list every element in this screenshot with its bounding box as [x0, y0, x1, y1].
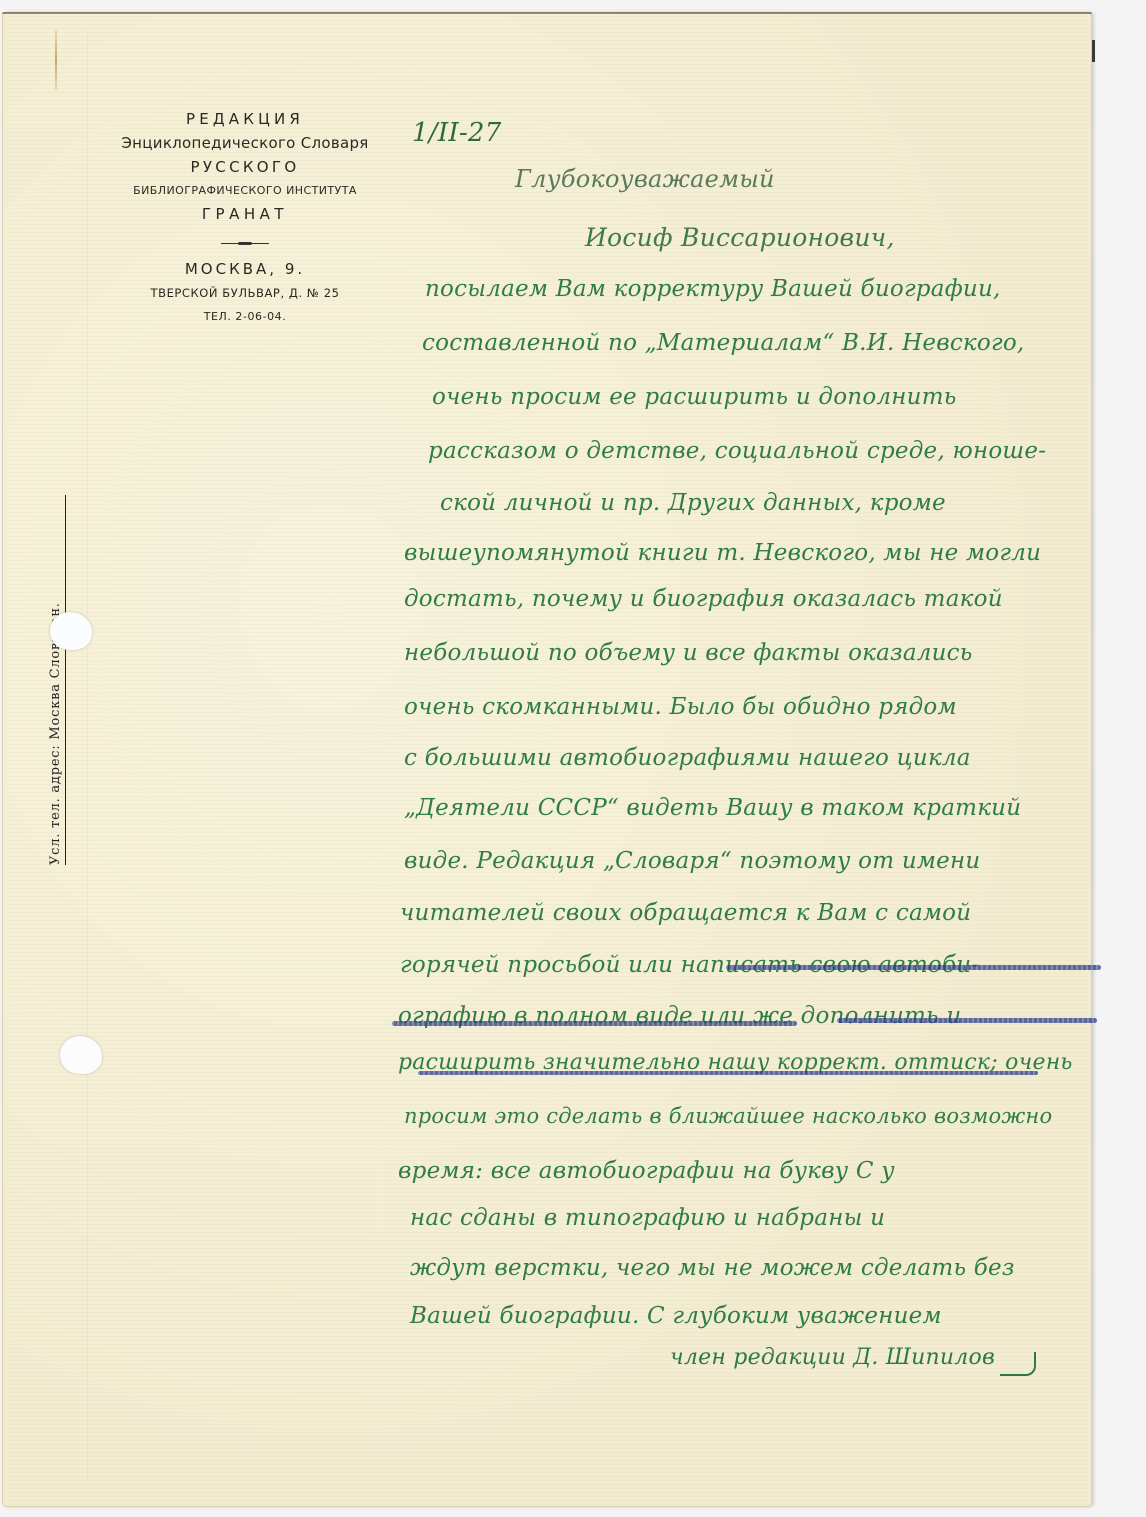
letterhead-russian: РУССКОГО: [80, 158, 410, 176]
body-line: очень просим ее расширить и дополнить: [432, 384, 957, 410]
body-line: небольшой по объему и все факты оказалис…: [404, 640, 973, 666]
paper-stain: [55, 30, 57, 90]
pencil-underline: [392, 1021, 797, 1026]
body-line: время: все автобиографии на букву С у: [398, 1158, 895, 1184]
body-line: читателей своих обращается к Вам с самой: [400, 900, 971, 926]
letterhead-title: РЕДАКЦИЯ: [80, 110, 410, 128]
pencil-underline: [837, 1018, 1097, 1023]
letterhead-granat: ГРАНАТ: [80, 205, 410, 223]
signature: член редакции Д. Шипилов: [670, 1345, 995, 1370]
paper-top-edge: [2, 12, 1092, 14]
body-line: „Деятели СССР“ видеть Вашу в таком кратк…: [404, 795, 1021, 821]
body-line: Вашей биографии. С глубоким уважением: [410, 1303, 942, 1329]
body-line: ской личной и пр. Других данных, кроме: [440, 490, 946, 516]
letterhead-divider: [221, 243, 269, 244]
pencil-underline: [726, 965, 1101, 970]
salutation: Глубокоуважаемый: [515, 165, 775, 193]
body-line: очень скомканными. Было бы обидно рядом: [404, 694, 957, 720]
addressee-name: Иосиф Виссарионович,: [585, 223, 895, 252]
letterhead-city: МОСКВА, 9.: [80, 260, 410, 278]
body-line: просим это сделать в ближайшее насколько…: [404, 1104, 1052, 1128]
body-line: виде. Редакция „Словаря“ поэтому от имен…: [404, 848, 980, 874]
punch-hole: [60, 1036, 102, 1074]
body-line: составленной по „Материалам“ В.И. Невско…: [422, 330, 1024, 356]
body-line: нас сданы в типографию и набраны и: [410, 1205, 885, 1231]
telegraph-address: Усл. тел. адрес: Москва Словгран.: [48, 495, 66, 865]
body-line: посылаем Вам корректуру Вашей биографии,: [425, 276, 1001, 302]
letterhead: РЕДАКЦИЯ Энциклопедического Словаря РУСС…: [80, 110, 410, 323]
body-line: достать, почему и биография оказалась та…: [404, 586, 1003, 612]
signature-flourish: [1000, 1352, 1036, 1376]
letter-date: 1/II-27: [412, 118, 502, 148]
letterhead-address: ТВЕРСКОЙ БУЛЬВАР, Д. № 25: [80, 286, 410, 300]
letterhead-phone: ТЕЛ. 2-06-04.: [80, 310, 410, 323]
body-line: рассказом о детстве, социальной среде, ю…: [428, 438, 1046, 464]
body-line: ждут верстки, чего мы не можем сделать б…: [410, 1255, 1015, 1281]
pencil-underline: [418, 1071, 1038, 1075]
body-line: с большими автобиографиями нашего цикла: [404, 745, 971, 771]
punch-hole: [50, 612, 92, 650]
letterhead-subtitle: Энциклопедического Словаря: [80, 134, 410, 152]
body-line: вышеупомянутой книги т. Невского, мы не …: [404, 540, 1041, 566]
letterhead-institute: БИБЛИОГРАФИЧЕСКОГО ИНСТИТУТА: [80, 184, 410, 197]
page-number-mark: [1092, 40, 1095, 62]
